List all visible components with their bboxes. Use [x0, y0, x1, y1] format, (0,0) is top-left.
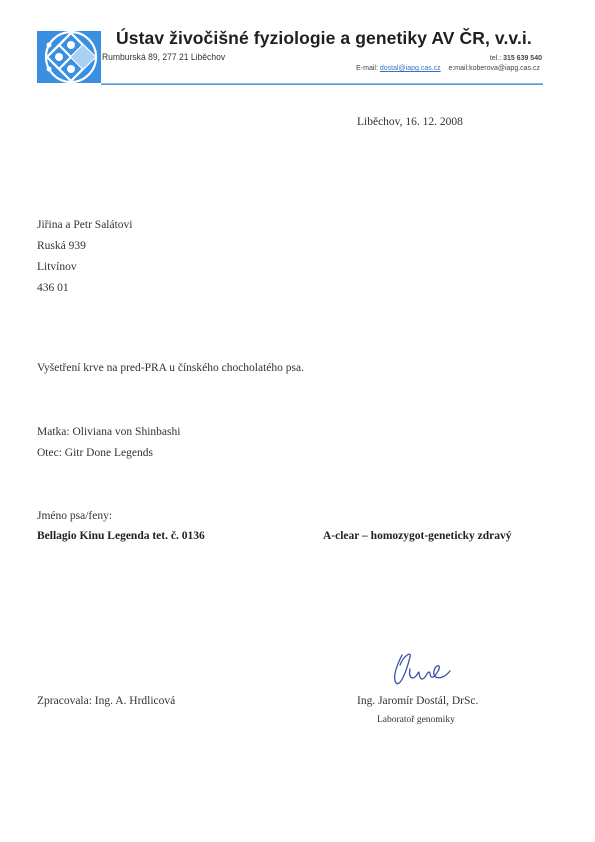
subject: Vyšetření krve na pred-PRA u čínského ch… [37, 362, 304, 374]
signatory-name: Ing. Jaromír Dostál, DrSc. [357, 695, 478, 707]
dog-name: Bellagio Kinu Legenda tet. č. 0136 [37, 530, 205, 542]
institute-name: Ústav živočišné fyziologie a genetiky AV… [116, 28, 532, 49]
institute-logo-icon [37, 31, 101, 83]
recipient-name: Jiřina a Petr Salátovi [37, 219, 133, 231]
phone-line: tel.: 315 639 540 [490, 55, 542, 62]
recipient-zip: 436 01 [37, 282, 69, 294]
father: Otec: Gitr Done Legends [37, 447, 153, 459]
recipient-street: Ruská 939 [37, 240, 86, 252]
institute-address: Rumburská 89, 277 21 Liběchov [102, 52, 225, 63]
tel-label: tel.: [490, 55, 501, 62]
email-line: E-mail: dostal@iapg.cas.cz e:mail:kobero… [356, 65, 540, 72]
header-divider [101, 83, 543, 85]
email-link-dostal[interactable]: dostal@iapg.cas.cz [380, 65, 441, 72]
test-result: A-clear – homozygot-geneticky zdravý [323, 530, 512, 542]
place-date: Liběchov, 16. 12. 2008 [357, 116, 463, 128]
signature-icon [388, 649, 468, 696]
dog-label: Jméno psa/feny: [37, 510, 112, 522]
email-koberova: e:mail:koberova@iapg.cas.cz [448, 65, 540, 72]
department: Laboratoř genomiky [377, 715, 455, 725]
tel-value: 315 639 540 [503, 55, 542, 62]
recipient-city: Litvínov [37, 261, 77, 273]
email-label: E-mail: [356, 65, 378, 72]
mother: Matka: Oliviana von Shinbashi [37, 426, 180, 438]
processed-by: Zpracovala: Ing. A. Hrdlicová [37, 695, 175, 707]
